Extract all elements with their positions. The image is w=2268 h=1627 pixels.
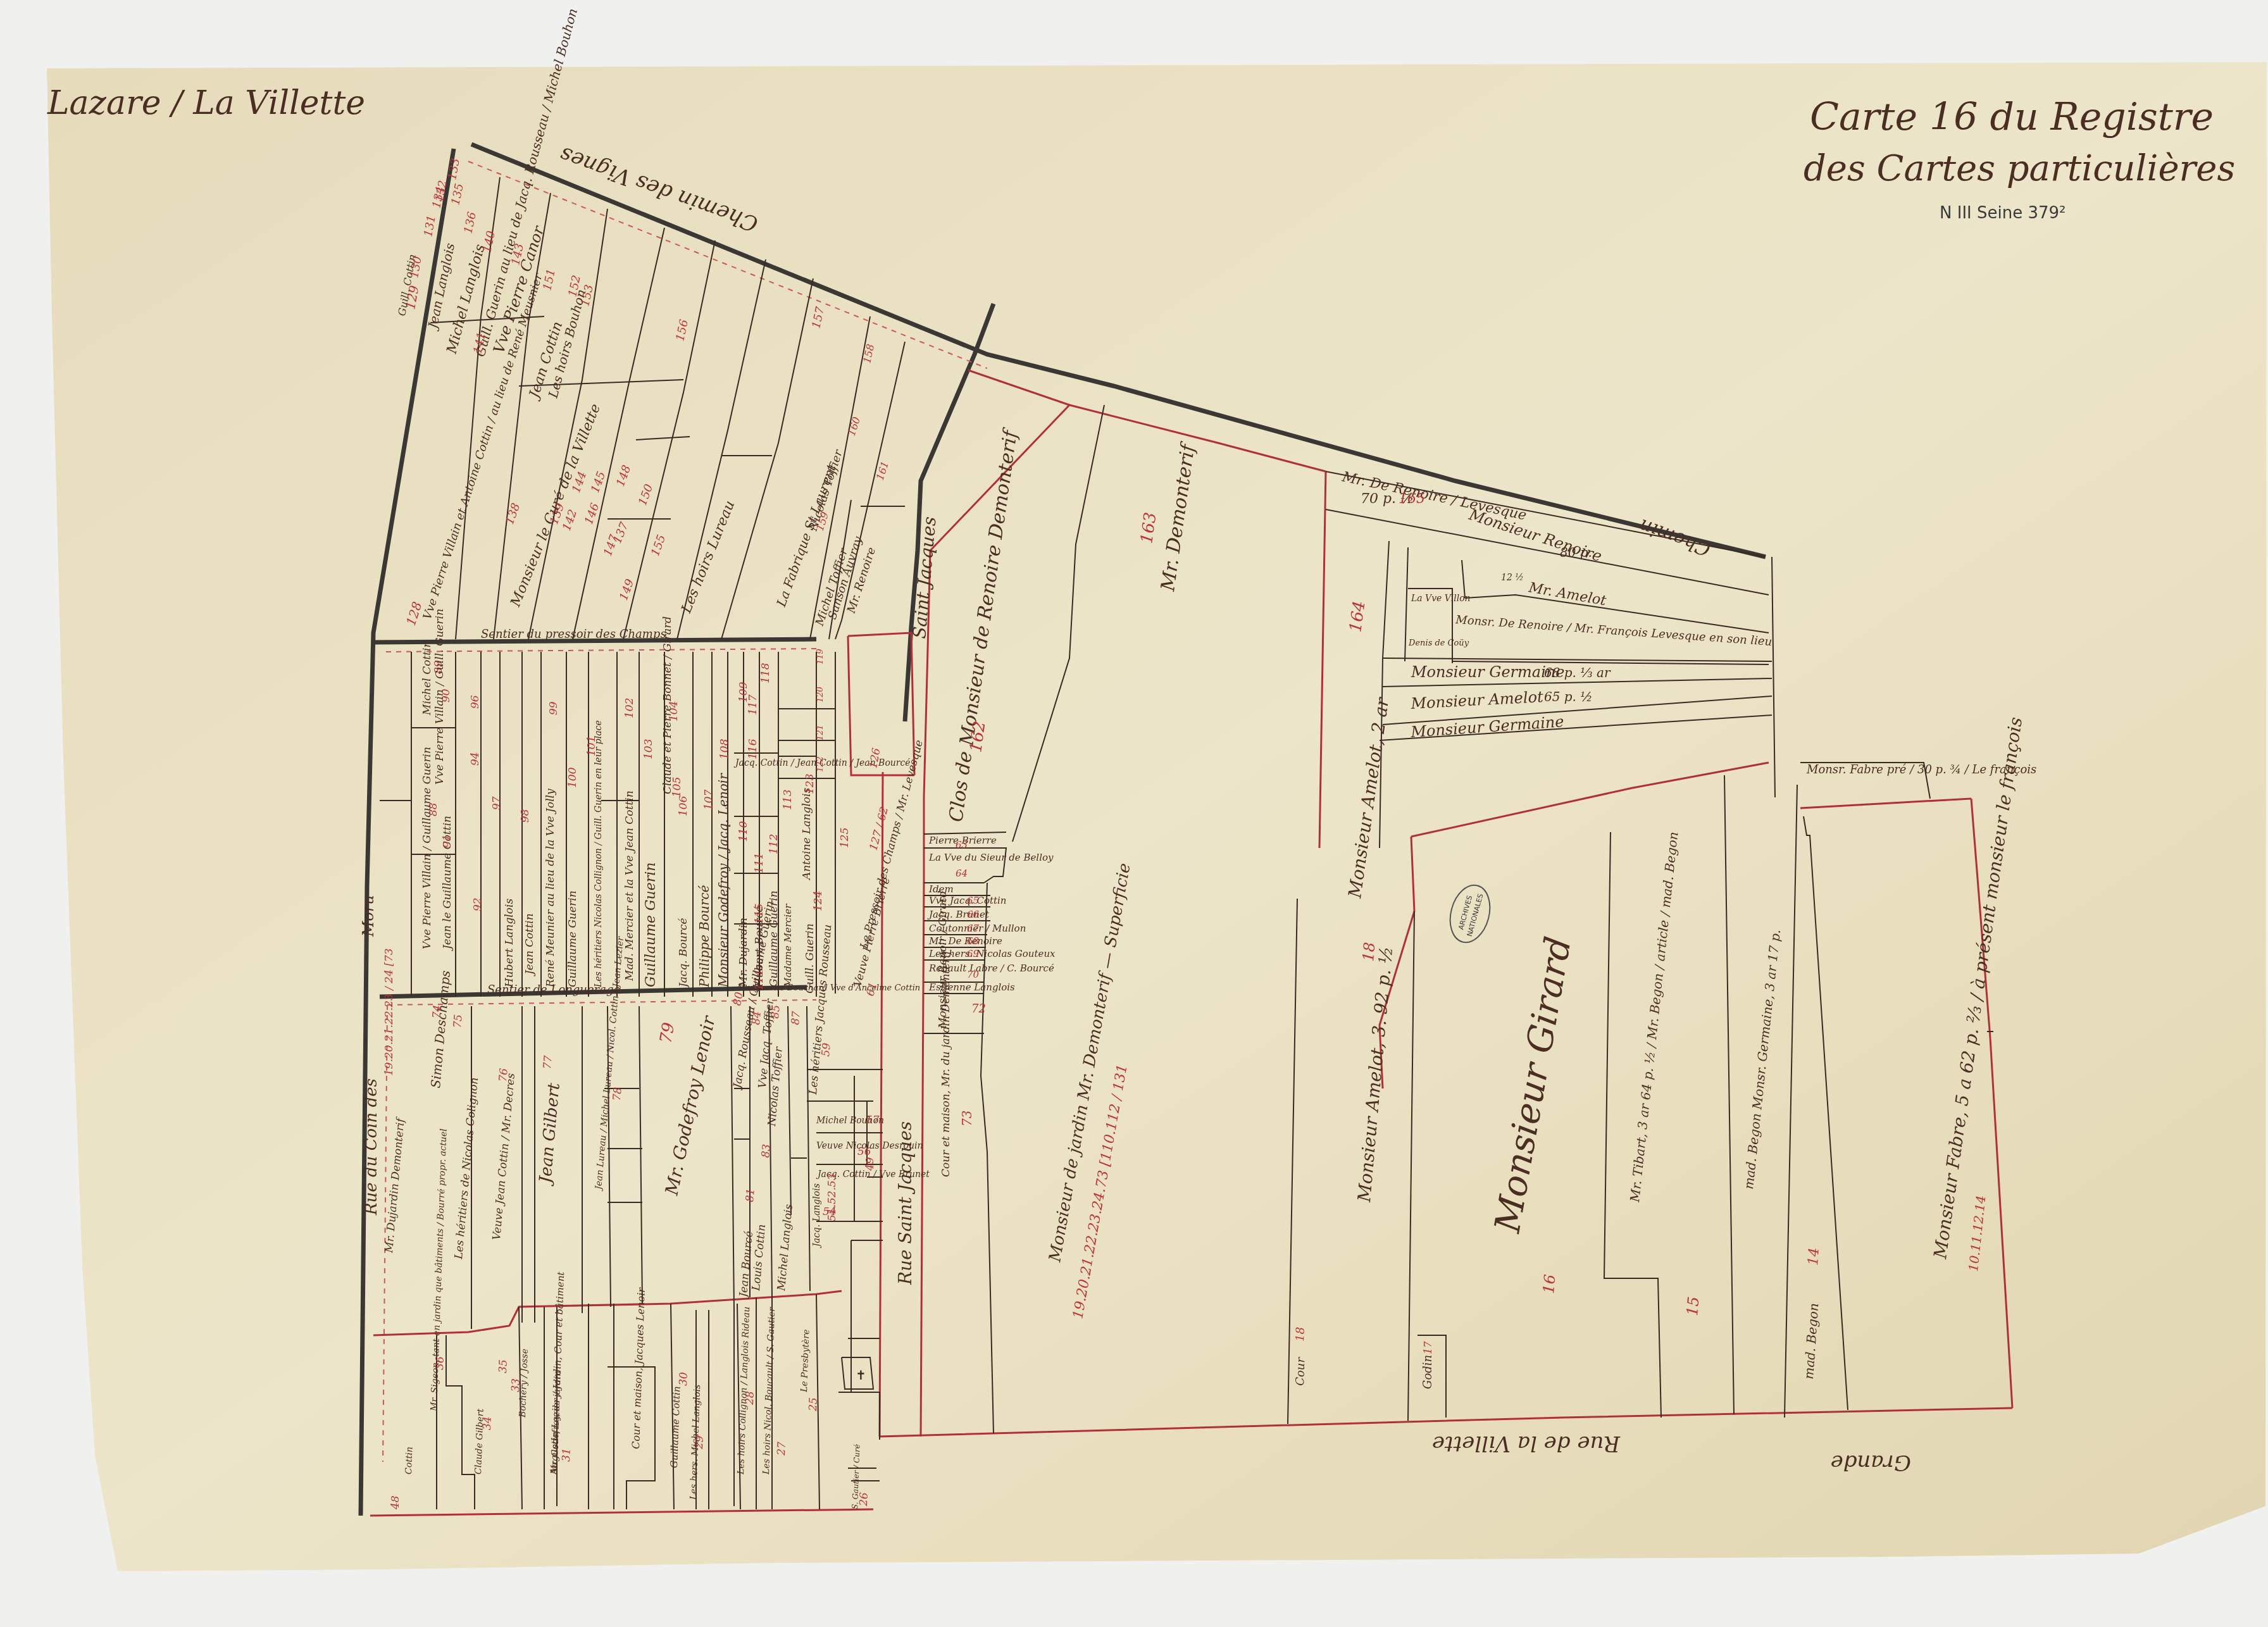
parcel-number: 87 [789,1011,803,1025]
parcel-number: 72 [971,1002,986,1016]
parcel-owner: Guill. Guerin [804,923,816,994]
parcel-owner: Michel Cottin [421,640,433,716]
parcel-number: 84 [750,1011,764,1025]
parcel-number: 65 [967,895,979,906]
parcel-owner: La Vve Villon [1411,594,1471,604]
parcel-number: 81 [744,1188,757,1202]
parcel-number: 124 [812,891,825,911]
parcel-number: 30 [677,1372,690,1387]
parcel-owner: La Vve du Sieur de Belloy [928,852,1054,863]
road-label-moru: Moru [359,895,377,937]
parcel-number: 88 [427,802,440,816]
parcel-number: 103 [642,739,655,759]
parcel-number: 108 [718,739,731,759]
parcel-number: 97 [490,796,503,810]
parcel-number: 119 [816,649,825,664]
parcel-number: 112 [768,834,780,854]
parcel-number: 102 [623,698,636,718]
parcel-owner: Philippe Bourcé [697,885,712,988]
parcel-owner: Godin [1421,1355,1435,1389]
church-cross-icon: ✝ [856,1368,866,1383]
parcel-number: 69 [967,948,980,959]
parcel-number: 110 [737,821,750,842]
parcel-number: 125 [838,828,851,848]
parcel-number: 51.52.53 [826,1173,838,1221]
parcel-number: 76 [497,1068,511,1082]
parcel-number: 66 [967,909,980,920]
parcel-number: 111 [753,853,766,873]
parcel-area: 80 p. [1560,545,1592,560]
parcel-number: 33 [509,1378,523,1392]
parcel-number: 73 [959,1111,975,1126]
parcel-number: 19.20.21.22.23 / 24 [73 [383,948,396,1076]
parcel-owner: Cottin [404,1447,415,1474]
parcel-number: 63 [956,839,968,851]
parcel-number: 80 [731,991,745,1007]
parcel-number: 96 [469,695,482,709]
parcel-owner: Monsieur Godefroy / Jacq. Lenoir [716,773,731,988]
parcel-owner: Jean Cottin [523,913,536,976]
parcel-number: 74 [430,1004,444,1019]
parcel-number: 121 [816,725,825,740]
corner-label-text: Lazare / La Villette [47,84,365,122]
parcel-number: 16 [1540,1274,1559,1295]
parcel-number: 98 [519,809,532,823]
parcel-owner: Monsr. Fabre pré / 30 p. ¾ / Le françois [1806,763,2036,776]
parcel-number: 101 [585,736,598,756]
parcel-number: 35 [497,1359,510,1373]
parcel-number: 64 [956,868,968,879]
parcel-number: 113 [782,790,794,810]
parcel-number: 77 [541,1055,555,1069]
parcel-area: 68 p. ⅓ ar [1544,665,1611,680]
parcel-number: 67 [967,923,980,934]
parcel-owner: Hubert Langlois [503,899,516,988]
title-line-1: Carte 16 du Registre [1810,95,2214,139]
parcel-owner: Mad. Mercier et la Vve Jean Cottin [623,790,636,982]
parcel-number: 105 [671,777,683,797]
parcel-number: 92 [471,897,484,911]
parcel-number: 85 [769,1004,783,1019]
parcel-number: 75 [451,1014,465,1028]
parcel-number: 14 [1805,1247,1822,1266]
parcel-owner: Cour et maison, Mr. du jardin Demonterif [940,949,952,1177]
parcel-number: 31 [560,1448,573,1462]
parcel-number: 91 [441,834,454,848]
parcel-number: 70 [967,969,980,980]
parcel-owner: Cour [1293,1356,1308,1386]
parcel-owner: Jacq. Bourcé [677,918,690,989]
svg-text:✝: ✝ [856,1368,866,1383]
parcel-number: 36 [433,1356,447,1371]
parcel-number: 100 [566,767,579,788]
parcel-number: 56 [857,1145,871,1158]
parcel-area: 65 p. ½ [1544,689,1593,704]
parcel-owner: René Meunier au lieu de la Vve Jolly [544,789,557,988]
parcel-number: 27 [775,1442,788,1457]
parcel-number: 17 [1422,1341,1434,1354]
parcel-number: 90 [440,689,452,702]
parcel-number: 18 [1359,942,1379,963]
parcel-owner: Mr. Dujardin [737,918,750,988]
parcel-number: 118 [759,663,772,683]
parcel-number: 48 [389,1495,402,1510]
road-label-grande: Grande [1831,1450,1911,1475]
parcel-number: 15 [1683,1296,1703,1317]
parcel-owner: Vve Pierre Villain / Guillaume Guerin [421,747,433,949]
parcel-number: 59 [819,1042,833,1057]
parcel-number: 57 [866,1114,880,1126]
parcel-number: 122 [816,756,825,772]
parcel-owner: Antoine Langlois [801,787,813,881]
parcel-owner: Claude et Pierre Bonnet / Girard [661,616,674,794]
parcel-owner: Madame Mercier [782,904,794,988]
parcel-owner: Monsieur Germaine [1411,663,1564,681]
cadastral-map-sheet: Lazare / La Villette Carte 16 du Registr… [0,0,2268,1627]
parcel-owner: 12 ½ [1501,573,1524,583]
parcel-number: 83 [759,1144,773,1158]
corner-label: Lazare / La Villette [47,84,365,122]
parcel-number: 106 [677,795,690,816]
parcel-number: 107 [702,789,715,810]
road-label-rue-de-la-villette: Rue de la Villette [1432,1431,1621,1456]
road-label-sentier-pressoir: Sentier du pressoir des Champs [481,628,666,641]
parcel-owner: Les héritiers Nicolas Collignon / Guill.… [594,720,604,988]
parcel-number: 79 [656,1021,678,1045]
parcel-number: 94 [469,752,482,766]
title-line-2: des Cartes particulières [1804,148,2235,189]
parcel-number: 99 [547,701,560,715]
parcel-owner: Guillaume Guerin [566,890,579,987]
road-label-rue-du-coin: Rue du Coin des [362,1078,381,1216]
parcel-number: 165 [1399,491,1425,507]
parcel-owner: Denis de Coüy [1408,639,1469,648]
parcel-owner: Guillaume Guerin [643,863,659,988]
parcel-number: 18 [1293,1327,1307,1342]
parcel-number: 34 [481,1416,494,1430]
parcel-number: 116 [747,739,759,759]
parcel-number: 49 [864,1157,876,1171]
parcel-owner: Jacq. Langlois [812,1183,822,1249]
parcel-number: 120 [816,687,825,702]
paper [47,62,2267,1571]
archive-reference: N III Seine 379² [1940,204,2066,223]
parcel-number: 25 [807,1397,820,1412]
parcel-number: 117 [747,694,759,715]
parcel-number: 78 [611,1087,625,1101]
parcel-number: 123 [804,774,816,794]
parcel-number: 68 [967,935,979,947]
